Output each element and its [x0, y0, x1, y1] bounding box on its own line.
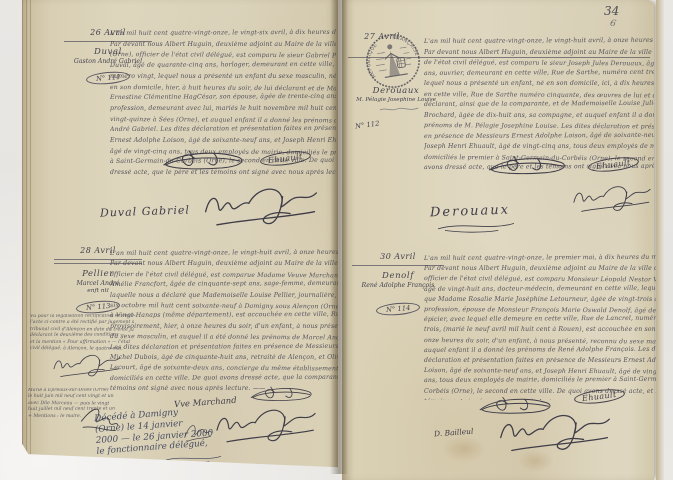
- signature-underline-swash: [432, 220, 520, 234]
- page-stack-edge: [656, 0, 664, 480]
- right-page: 34 6 27 Avril RÉPUBLIQUE FRANÇAISE: [342, 0, 654, 480]
- left-page: 26 Avril Duval Gaston André Gabriel N° 1…: [22, 0, 338, 472]
- signature-flourish-herpin: [570, 180, 654, 218]
- scanned-register-spread: { "page_number": "34", "pencil_number": …: [0, 0, 673, 480]
- record-body-text: L'an mil huit cent quatre-vingt-onze, le…: [424, 254, 656, 400]
- paper-stain: [442, 436, 486, 462]
- book-gutter-shadow: [330, 0, 348, 474]
- signature-derouaux: Derouaux: [430, 203, 510, 221]
- record-body-text: L'an mil huit cent quatre-vingt-onze, le…: [110, 249, 338, 396]
- death-note-signature-scribble: [164, 452, 222, 466]
- official-stamp-republique-francaise-icon: RÉPUBLIQUE FRANÇAISE: [360, 28, 426, 94]
- page-number: 34: [604, 4, 619, 18]
- signature-flourish-loison: [160, 147, 248, 179]
- page-number-pencil: 6: [609, 18, 617, 29]
- signature-flourish-herpin: [492, 410, 618, 456]
- record-margin-number: N° 112: [342, 112, 392, 131]
- act-number: N° 112: [354, 120, 379, 131]
- signature-bailleul: D. Bailleul: [434, 427, 474, 439]
- svg-text:RÉPUBLIQUE: RÉPUBLIQUE: [363, 41, 384, 79]
- signature-flourish-loison: [480, 153, 576, 183]
- signature-flourish-herpin: [200, 183, 322, 231]
- signature-duval-gabriel: Duval Gabriel: [100, 203, 190, 219]
- stamp-text-left: RÉPUBLIQUE: [363, 41, 384, 79]
- act-number-badge: N° 114: [375, 301, 420, 317]
